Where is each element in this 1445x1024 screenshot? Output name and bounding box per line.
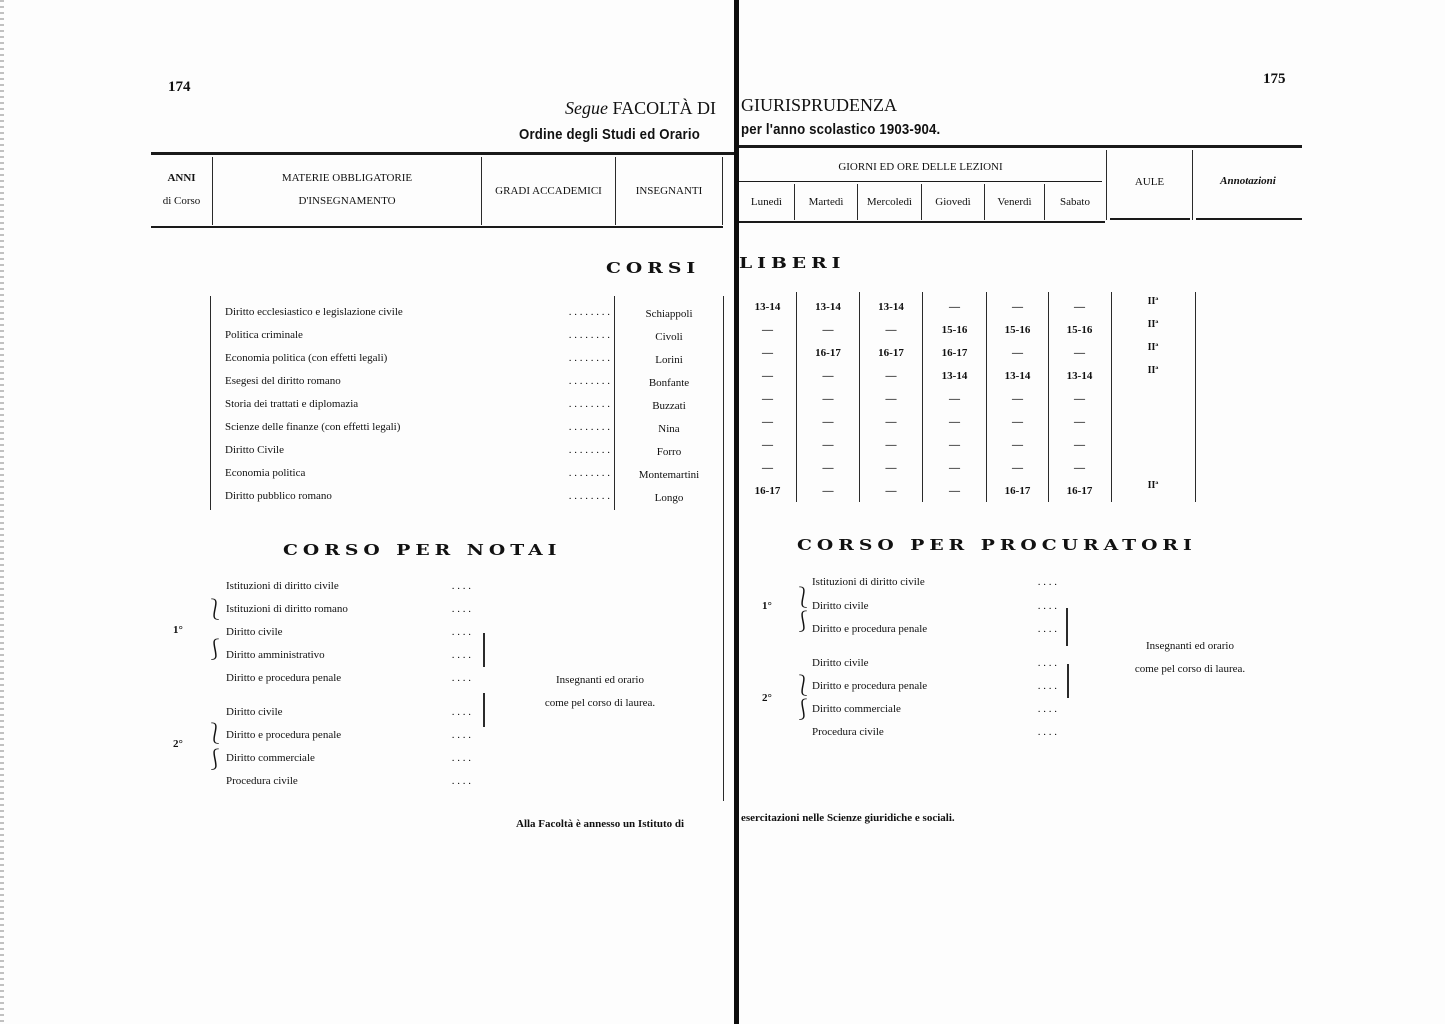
- teacher-name: Schiappoli: [615, 308, 723, 320]
- scan-left-edge: [0, 0, 4, 1024]
- subject-name: Scienze delle finanze (con effetti legal…: [225, 421, 400, 433]
- leader-dots: . . . . . . . .: [569, 490, 610, 502]
- list-item: Diritto civile . . . .: [226, 626, 471, 638]
- schedule-cell: —: [860, 439, 922, 451]
- bracket-rule: [1066, 608, 1068, 646]
- schedule-cell: 15-16: [987, 324, 1048, 336]
- schedule-cell: —: [797, 416, 859, 428]
- leader-dots: . . . . . . . .: [569, 306, 610, 318]
- header-anni-sub: di Corso: [151, 195, 212, 207]
- title-left: Segue FACOLTÀ DI: [565, 98, 716, 119]
- list-item: Diritto e procedura penale . . . .: [226, 729, 471, 741]
- schedule-cell: 16-17: [797, 347, 859, 359]
- brace-icon: ⎱: [793, 676, 813, 696]
- leader-dots: . . . . . . . .: [569, 398, 610, 410]
- schedule-cell: —: [923, 393, 986, 405]
- schedule-cell: —: [987, 439, 1048, 451]
- schedule-cell: —: [860, 393, 922, 405]
- leader-dots: . . . .: [452, 775, 471, 787]
- schedule-cell: —: [740, 393, 795, 405]
- schedule-cell: 15-16: [1049, 324, 1110, 336]
- leader-dots: . . . .: [1038, 657, 1057, 669]
- leader-dots: . . . .: [1038, 726, 1057, 738]
- list-item: Diritto amministrativo . . . .: [226, 649, 471, 661]
- day-header: Mercoledì: [858, 196, 921, 208]
- schedule-cell: 15-16: [923, 324, 986, 336]
- schedule-cell: 13-14: [923, 370, 986, 382]
- list-item: Diritto civile . . . .: [812, 657, 1057, 669]
- table-row: Politica criminale . . . . . . . .: [225, 329, 610, 341]
- header-top-rule: [151, 152, 734, 155]
- leader-dots: . . . . . . . .: [569, 329, 610, 341]
- table-row: Economia politica (con effetti legali) .…: [225, 352, 610, 364]
- schedule-cell: 16-17: [740, 485, 795, 497]
- brace-icon: ⎰: [205, 750, 225, 770]
- subject-name: Diritto e procedura penale: [226, 672, 341, 684]
- day-header: Venerdì: [985, 196, 1044, 208]
- leader-dots: . . . .: [1038, 703, 1057, 715]
- page-number-right: 175: [1263, 71, 1286, 88]
- subject-name: Procedura civile: [226, 775, 298, 787]
- schedule-cell: —: [923, 439, 986, 451]
- subject-name: Diritto civile: [226, 706, 283, 718]
- subject-name: Diritto commerciale: [812, 703, 901, 715]
- schedule-cell: —: [860, 485, 922, 497]
- day-header: Lunedì: [739, 196, 794, 208]
- leader-dots: . . . .: [1038, 680, 1057, 692]
- schedule-cell: —: [1049, 416, 1110, 428]
- notai-note-line2: come pel corso di laurea.: [520, 697, 680, 709]
- schedule-cell: 13-14: [987, 370, 1048, 382]
- subject-name: Storia dei trattati e diplomazia: [225, 398, 358, 410]
- schedule-cell: —: [860, 462, 922, 474]
- schedule-cell: —: [987, 393, 1048, 405]
- teacher-name: Civoli: [615, 331, 723, 343]
- giorni-rule: [739, 181, 1102, 182]
- teacher-name: Longo: [615, 492, 723, 504]
- day-header: Giovedì: [922, 196, 984, 208]
- schedule-cell: 13-14: [1049, 370, 1110, 382]
- brace-icon: ⎰: [793, 700, 813, 720]
- procuratori-note-line2: come pel corso di laurea.: [1110, 663, 1270, 675]
- schedule-cell: —: [797, 485, 859, 497]
- schedule-cell: —: [923, 301, 986, 313]
- brace-icon: ⎱: [793, 588, 813, 608]
- subject-name: Esegesi del diritto romano: [225, 375, 341, 387]
- schedule-cell: —: [987, 347, 1048, 359]
- schedule-cell: —: [923, 416, 986, 428]
- bracket-rule: [483, 693, 485, 727]
- table-left-rule: [210, 296, 211, 510]
- subject-name: Istituzioni di diritto civile: [812, 576, 925, 588]
- leader-dots: . . . . . . . .: [569, 421, 610, 433]
- header-insegnanti: INSEGNANTI: [616, 185, 722, 197]
- table-row: Diritto pubblico romano . . . . . . . .: [225, 490, 610, 502]
- list-item: Diritto e procedura penale . . . .: [812, 623, 1057, 635]
- footer-left: Alla Facoltà è annesso un Istituto di: [516, 818, 684, 830]
- bracket-rule: [483, 633, 485, 667]
- schedule-cell: —: [987, 301, 1048, 313]
- schedule-rule: [1195, 292, 1196, 502]
- schedule-cell: —: [797, 462, 859, 474]
- list-item: Diritto e procedura penale . . . .: [812, 680, 1057, 692]
- header-gradi: GRADI ACCADEMICI: [482, 185, 615, 197]
- section-title-notai: CORSO PER NOTAI: [283, 541, 561, 559]
- schedule-cell: —: [923, 462, 986, 474]
- table-row: Diritto Civile . . . . . . . .: [225, 444, 610, 456]
- schedule-cell: 16-17: [860, 347, 922, 359]
- header-bottom-rule: [1196, 218, 1302, 220]
- title-facolta: FACOLTÀ DI: [612, 98, 716, 118]
- list-item: Diritto civile . . . .: [226, 706, 471, 718]
- schedule-cell: —: [797, 324, 859, 336]
- subject-name: Diritto e procedura penale: [812, 680, 927, 692]
- page-number-left: 174: [168, 79, 191, 96]
- subject-name: Diritto Civile: [225, 444, 284, 456]
- table-row: Storia dei trattati e diplomazia . . . .…: [225, 398, 610, 410]
- header-anni: ANNI: [151, 172, 212, 184]
- leader-dots: . . . . . . . .: [569, 467, 610, 479]
- section-title-liberi: LIBERI: [739, 254, 845, 272]
- subject-name: Istituzioni di diritto romano: [226, 603, 348, 615]
- subject-name: Diritto e procedura penale: [812, 623, 927, 635]
- schedule-cell: —: [1049, 347, 1110, 359]
- schedule-cell: —: [860, 324, 922, 336]
- leader-dots: . . . .: [1038, 623, 1057, 635]
- subject-name: Diritto e procedura penale: [226, 729, 341, 741]
- schedule-cell: —: [740, 347, 795, 359]
- schedule-cell: 16-17: [923, 347, 986, 359]
- schedule-cell: —: [923, 485, 986, 497]
- leader-dots: . . . .: [452, 580, 471, 592]
- notai-year2-label: 2°: [173, 738, 183, 750]
- schedule-cell: —: [987, 462, 1048, 474]
- schedule-cell: 13-14: [740, 301, 795, 313]
- notai-note-line1: Insegnanti ed orario: [520, 674, 680, 686]
- leader-dots: . . . . . . . .: [569, 375, 610, 387]
- subtitle-right: per l'anno scolastico 1903-904.: [741, 121, 940, 138]
- schedule-cell: —: [740, 370, 795, 382]
- header-bottom-rule: [1110, 218, 1190, 220]
- teacher-name: Nina: [615, 423, 723, 435]
- teacher-name: Montemartini: [615, 469, 723, 481]
- schedule-cell: —: [797, 393, 859, 405]
- subject-name: Istituzioni di diritto civile: [226, 580, 339, 592]
- procuratori-year1-label: 1°: [762, 600, 772, 612]
- table-row: Economia politica . . . . . . . .: [225, 467, 610, 479]
- header-giorni: GIORNI ED ORE DELLE LEZIONI: [739, 161, 1102, 173]
- subject-name: Diritto civile: [812, 600, 869, 612]
- subject-name: Diritto amministrativo: [226, 649, 325, 661]
- subject-name: Diritto civile: [226, 626, 283, 638]
- schedule-cell: 16-17: [987, 485, 1048, 497]
- section-title-corsi: CORSI: [606, 259, 700, 277]
- footer-right: esercitazioni nelle Scienze giuridiche e…: [741, 812, 955, 824]
- list-item: Procedura civile . . . .: [812, 726, 1057, 738]
- brace-icon: ⎱: [205, 600, 225, 620]
- brace-icon: ⎰: [205, 640, 225, 660]
- room-cell: IIª: [1112, 296, 1194, 307]
- schedule-cell: —: [797, 439, 859, 451]
- schedule-cell: 13-14: [860, 301, 922, 313]
- subject-name: Diritto civile: [812, 657, 869, 669]
- list-item: Diritto commerciale . . . .: [226, 752, 471, 764]
- room-cell: IIª: [1112, 365, 1194, 376]
- schedule-cell: —: [1049, 439, 1110, 451]
- leader-dots: . . . .: [452, 626, 471, 638]
- teacher-name: Bonfante: [615, 377, 723, 389]
- leader-dots: . . . .: [452, 752, 471, 764]
- day-header: Martedì: [795, 196, 857, 208]
- header-divider: [212, 157, 213, 225]
- schedule-cell: —: [860, 370, 922, 382]
- subject-name: Diritto pubblico romano: [225, 490, 332, 502]
- header-top-rule: [739, 145, 1302, 148]
- procuratori-year2-label: 2°: [762, 692, 772, 704]
- brace-icon: ⎰: [793, 612, 813, 632]
- leader-dots: . . . .: [1038, 576, 1057, 588]
- header-aule: AULE: [1107, 176, 1192, 188]
- page-gutter: [734, 0, 739, 1024]
- subject-name: Politica criminale: [225, 329, 303, 341]
- list-item: Istituzioni di diritto civile . . . .: [226, 580, 471, 592]
- schedule-cell: —: [987, 416, 1048, 428]
- schedule-cell: —: [740, 439, 795, 451]
- room-cell: IIª: [1112, 342, 1194, 353]
- room-cell: IIª: [1112, 480, 1194, 491]
- subject-name: Diritto ecclesiastico e legislazione civ…: [225, 306, 403, 318]
- bracket-rule: [1067, 664, 1069, 698]
- schedule-cell: 16-17: [1049, 485, 1110, 497]
- list-item: Istituzioni di diritto civile . . . .: [812, 576, 1057, 588]
- schedule-cell: —: [797, 370, 859, 382]
- schedule-cell: —: [740, 324, 795, 336]
- table-right-rule: [723, 296, 724, 801]
- header-divider: [722, 157, 723, 225]
- leader-dots: . . . .: [452, 706, 471, 718]
- list-item: Diritto commerciale . . . .: [812, 703, 1057, 715]
- leader-dots: . . . . . . . .: [569, 444, 610, 456]
- leader-dots: . . . .: [1038, 600, 1057, 612]
- leader-dots: . . . .: [452, 649, 471, 661]
- table-row: Scienze delle finanze (con effetti legal…: [225, 421, 610, 433]
- list-item: Procedura civile . . . .: [226, 775, 471, 787]
- section-title-procuratori: CORSO PER PROCURATORI: [797, 536, 1197, 554]
- subject-name: Procedura civile: [812, 726, 884, 738]
- subject-name: Diritto commerciale: [226, 752, 315, 764]
- schedule-cell: —: [1049, 393, 1110, 405]
- list-item: Diritto e procedura penale . . . .: [226, 672, 471, 684]
- schedule-cell: 13-14: [797, 301, 859, 313]
- schedule-cell: —: [740, 416, 795, 428]
- header-materie: MATERIE OBBLIGATORIE: [213, 172, 481, 184]
- header-bottom-rule: [151, 226, 723, 228]
- subject-name: Economia politica (con effetti legali): [225, 352, 387, 364]
- header-materie-sub: D'INSEGNAMENTO: [213, 195, 481, 207]
- leader-dots: . . . .: [452, 603, 471, 615]
- schedule-cell: —: [1049, 462, 1110, 474]
- procuratori-note-line1: Insegnanti ed orario: [1110, 640, 1270, 652]
- schedule-cell: —: [860, 416, 922, 428]
- leader-dots: . . . .: [452, 729, 471, 741]
- day-header: Sabato: [1045, 196, 1105, 208]
- header-bottom-rule: [739, 221, 1105, 223]
- leader-dots: . . . .: [452, 672, 471, 684]
- schedule-cell: —: [1049, 301, 1110, 313]
- header-annotazioni: Annotazioni: [1193, 175, 1303, 187]
- notai-year1-label: 1°: [173, 624, 183, 636]
- teacher-name: Buzzati: [615, 400, 723, 412]
- brace-icon: ⎱: [205, 724, 225, 744]
- room-cell: IIª: [1112, 319, 1194, 330]
- table-row: Diritto ecclesiastico e legislazione civ…: [225, 306, 610, 318]
- title-right: GIURISPRUDENZA: [741, 95, 897, 116]
- schedule-cell: —: [740, 462, 795, 474]
- subject-name: Economia politica: [225, 467, 305, 479]
- list-item: Istituzioni di diritto romano . . . .: [226, 603, 471, 615]
- teacher-name: Forro: [615, 446, 723, 458]
- teacher-name: Lorini: [615, 354, 723, 366]
- title-segue: Segue: [565, 98, 608, 118]
- list-item: Diritto civile . . . .: [812, 600, 1057, 612]
- leader-dots: . . . . . . . .: [569, 352, 610, 364]
- subtitle-left: Ordine degli Studi ed Orario: [519, 126, 700, 143]
- table-row: Esegesi del diritto romano . . . . . . .…: [225, 375, 610, 387]
